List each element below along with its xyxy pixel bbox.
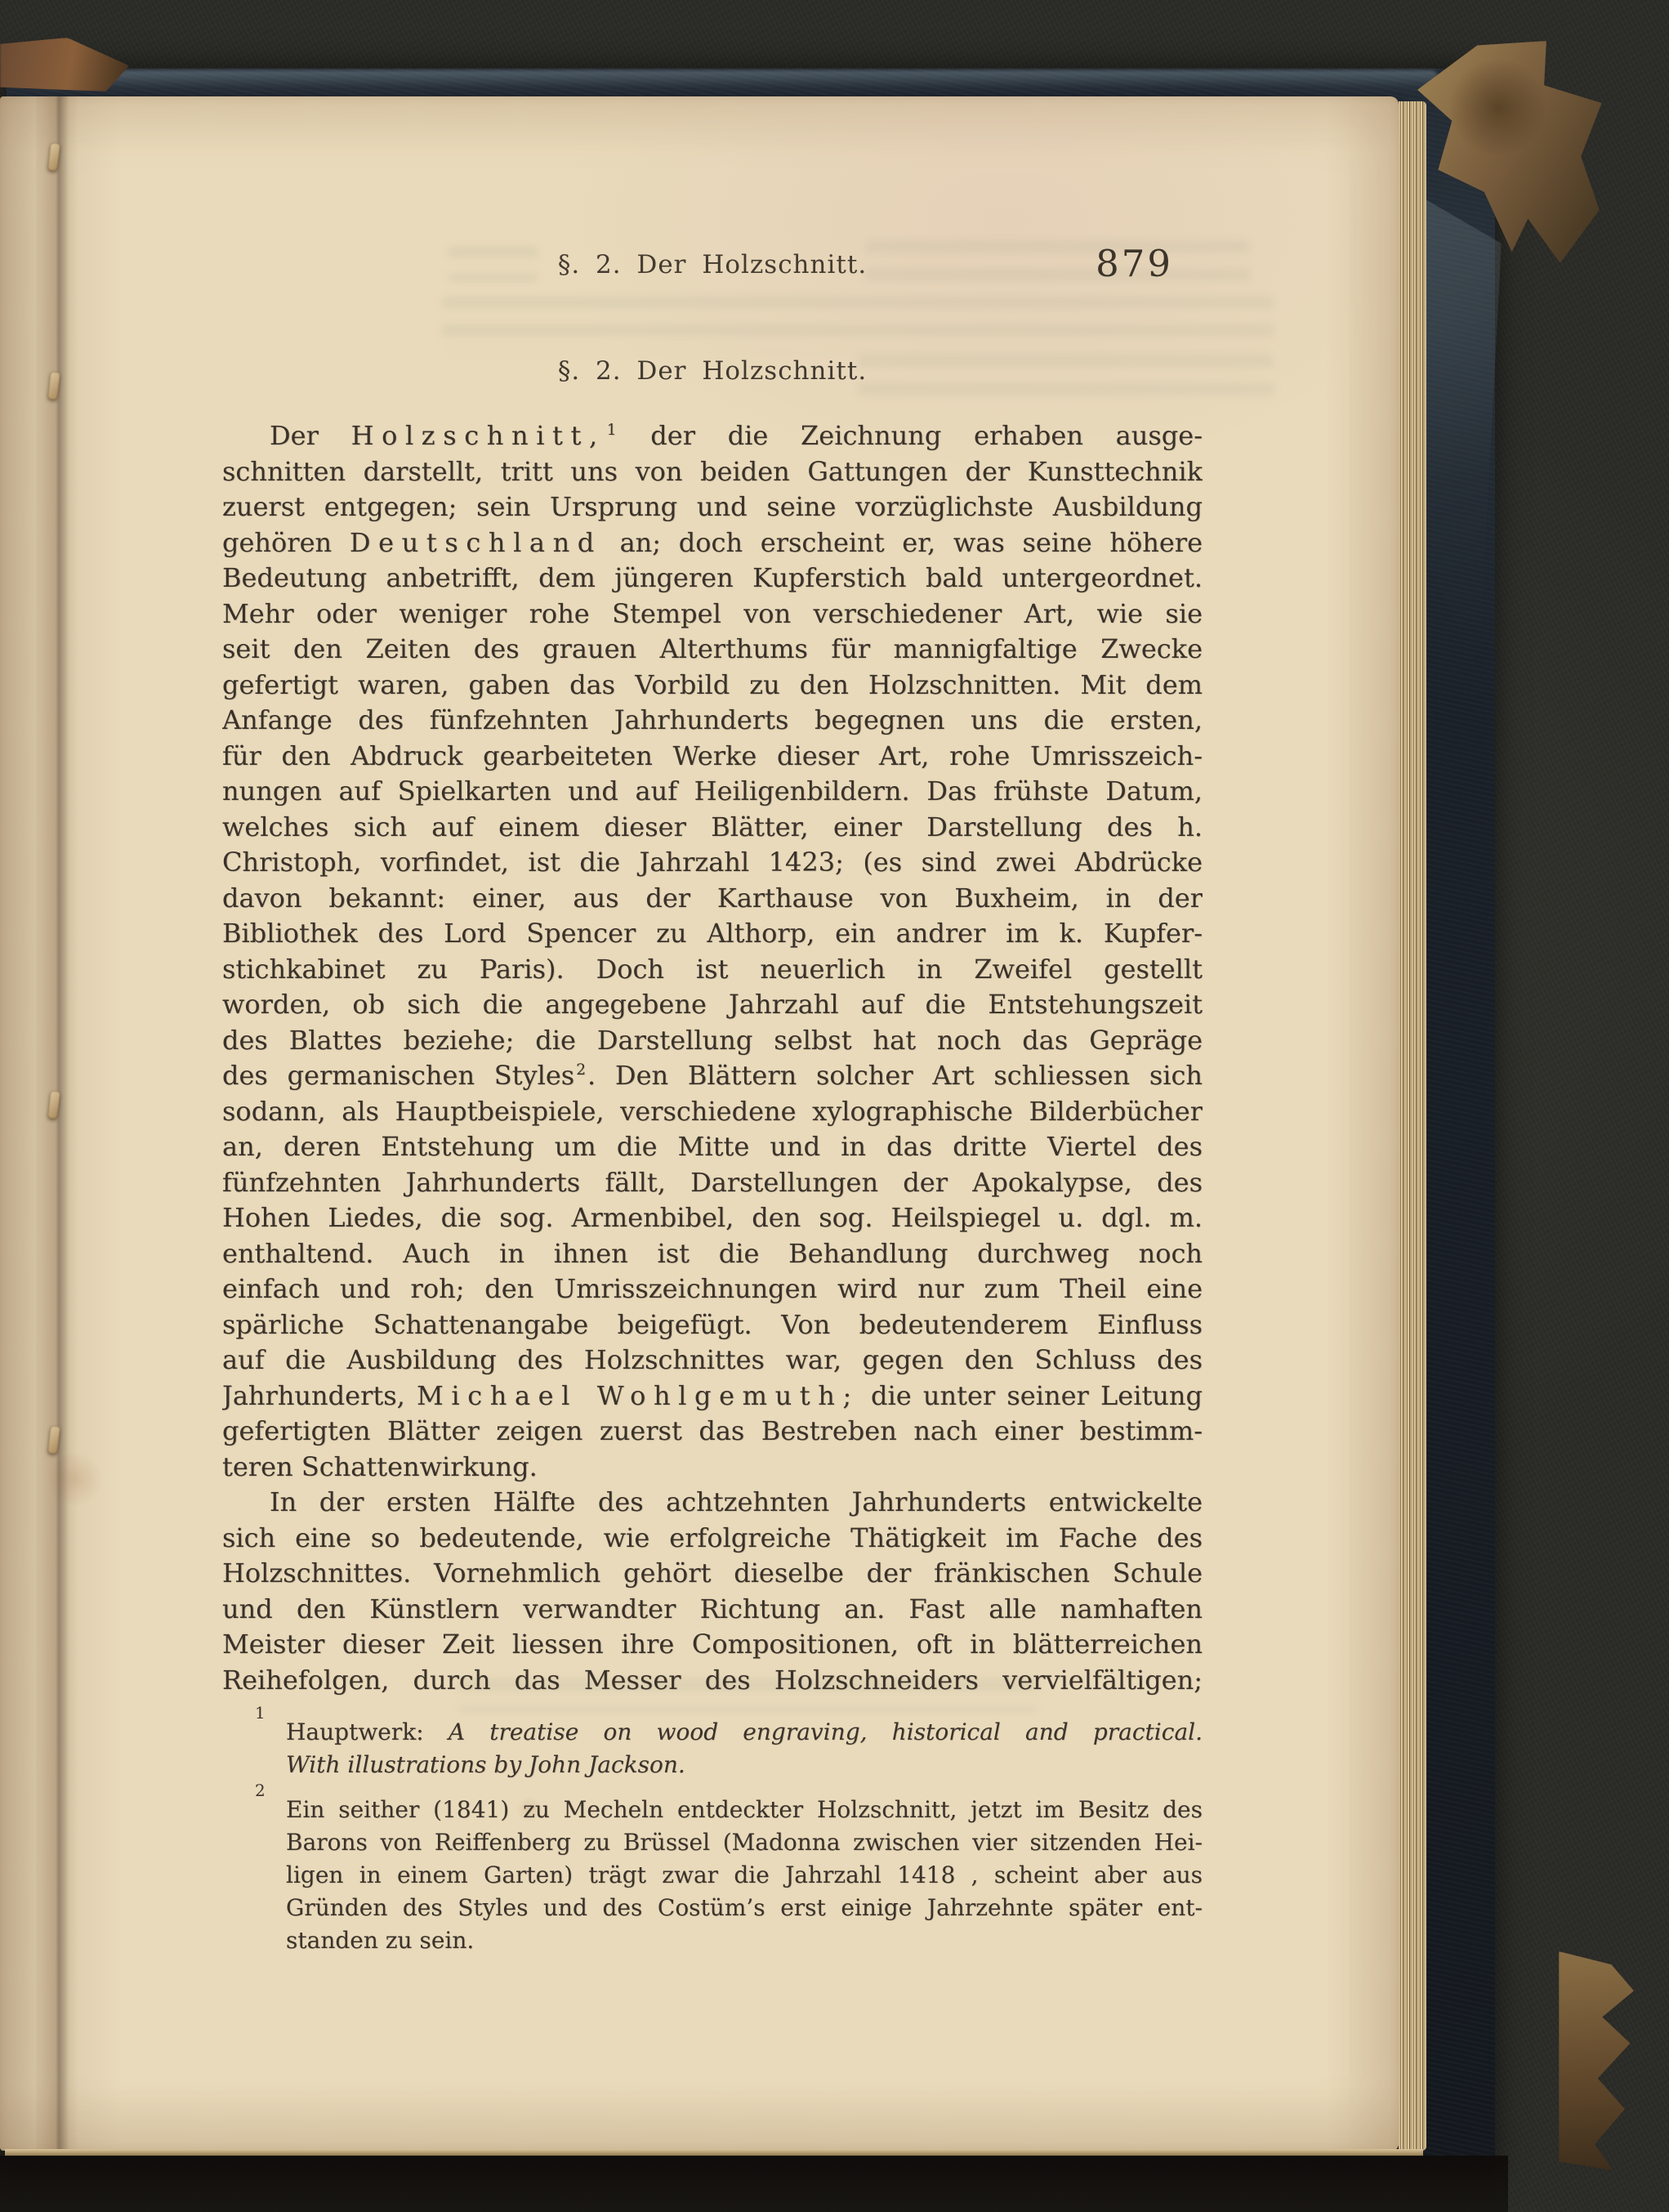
body-line: enthaltend. Auch in ihnen ist die Behand…: [222, 1236, 1203, 1272]
footnote-ref-1: 1: [607, 422, 617, 439]
body-line: spärliche Schattenangabe beigefügt. Von …: [222, 1307, 1203, 1343]
page-edge-stack: [1399, 101, 1426, 2151]
page-number: 879: [1096, 242, 1173, 285]
showthrough-ghost: [441, 296, 1274, 353]
footnote-1: 1 Hauptwerk: A treatise on wood engravin…: [286, 1716, 1203, 1781]
body-line: und den Künstlern verwandter Richtung an…: [222, 1592, 1203, 1628]
body-line: worden, ob sich die angegebene Jahrzahl …: [222, 987, 1203, 1023]
footnote-2: 2 Ein seither (1841) zu Mecheln entdeckt…: [286, 1794, 1203, 1957]
book-scan-photo: §. 2. Der Holzschnitt. 879 §. 2. Der Hol…: [0, 0, 1669, 2212]
body-line: Anfange des fünfzehnten Jahrhunderts beg…: [222, 703, 1203, 739]
footnote-line: Gründen des Styles und des Costüm’s erst…: [286, 1892, 1203, 1924]
body-line: teren Schattenwirkung.: [222, 1450, 1203, 1486]
running-header: §. 2. Der Holzschnitt. 879: [222, 250, 1203, 279]
body-line: sich eine so bedeutende, wie erfolgreich…: [222, 1521, 1203, 1557]
worn-edge-bottom-right: [1559, 1951, 1634, 2170]
body-line: an, deren Entstehung um die Mitte und in…: [222, 1129, 1203, 1165]
footnote-line: Ein seither (1841) zu Mecheln entdeckter…: [286, 1794, 1203, 1826]
book-page: §. 2. Der Holzschnitt. 879 §. 2. Der Hol…: [0, 96, 1399, 2151]
body-line: gehören Deutschland an; doch erscheint e…: [222, 525, 1203, 561]
body-line: In der ersten Hälfte des achtzehnten Jah…: [222, 1485, 1203, 1521]
bottom-shadow: [0, 2156, 1508, 2212]
body-line: sodann, als Hauptbeispiele, verschiedene…: [222, 1094, 1203, 1130]
body-line: schnitten darstellt, tritt uns von beide…: [222, 454, 1203, 490]
body-line: des Blattes beziehe; die Darstellung sel…: [222, 1023, 1203, 1059]
body-line: nungen auf Spielkarten und auf Heiligenb…: [222, 774, 1203, 810]
body-line: Mehr oder weniger rohe Stempel von versc…: [222, 597, 1203, 632]
footnote-line: Hauptwerk: A treatise on wood engraving,…: [286, 1716, 1203, 1749]
body-line: auf die Ausbildung des Holzschnittes war…: [222, 1343, 1203, 1379]
body-line: Reihefolgen, durch das Messer des Holzsc…: [222, 1663, 1203, 1699]
body-line: Christoph, vorfindet, ist die Jahrzahl 1…: [222, 845, 1203, 881]
body-line: gefertigt waren, gaben das Vorbild zu de…: [222, 668, 1203, 704]
body-line: Meister dieser Zeit liessen ihre Composi…: [222, 1627, 1203, 1663]
body-line: Bedeutung anbetrifft, dem jüngeren Kupfe…: [222, 561, 1203, 597]
body-line: davon bekannt: einer, aus der Karthause …: [222, 881, 1203, 917]
body-line: stichkabinet zu Paris). Doch ist neuerli…: [222, 952, 1203, 988]
footnote-line: With illustrations by John Jackson.: [286, 1749, 1203, 1781]
body-text: Der Holzschnitt,1 der die Zeichnung erha…: [222, 418, 1203, 1698]
footnote-line: standen zu sein.: [286, 1924, 1203, 1957]
body-line: Hohen Liedes, die sog. Armenbibel, den s…: [222, 1200, 1203, 1236]
binding-gutter-crease: [36, 96, 78, 2151]
footnote-line: ligen in einem Garten) trägt zwar die Ja…: [286, 1859, 1203, 1892]
body-line: Jahrhunderts, Michael Wohlgemuth; die un…: [222, 1379, 1203, 1414]
body-line: zuerst entgegen; sein Ursprung und seine…: [222, 489, 1203, 525]
body-line: einfach und roh; den Umrisszeichnungen w…: [222, 1271, 1203, 1307]
cover-top-sheen: [33, 70, 1438, 95]
body-line: seit den Zeiten des grauen Alterthums fü…: [222, 632, 1203, 668]
footnote-ref-2: 2: [576, 1061, 586, 1079]
body-line: gefertigten Blätter zeigen zuerst das Be…: [222, 1414, 1203, 1450]
body-line: Bibliothek des Lord Spencer zu Althorp, …: [222, 916, 1203, 952]
running-header-title: §. 2. Der Holzschnitt.: [558, 250, 867, 279]
body-line: für den Abdruck gearbeiteten Werke diese…: [222, 739, 1203, 775]
worn-corner-top-left: [0, 38, 129, 92]
body-line: fünfzehnten Jahrhunderts fällt, Darstell…: [222, 1165, 1203, 1201]
body-line: Holzschnittes. Vornehmlich gehört diesel…: [222, 1556, 1203, 1592]
body-line: welches sich auf einem dieser Blätter, e…: [222, 810, 1203, 846]
section-heading: §. 2. Der Holzschnitt.: [222, 356, 1203, 386]
body-line: Der Holzschnitt,1 der die Zeichnung erha…: [222, 418, 1203, 454]
body-line: des germanischen Styles2. Den Blättern s…: [222, 1058, 1203, 1094]
footnote-line: Barons von Reiffenberg zu Brüssel (Madon…: [286, 1826, 1203, 1859]
